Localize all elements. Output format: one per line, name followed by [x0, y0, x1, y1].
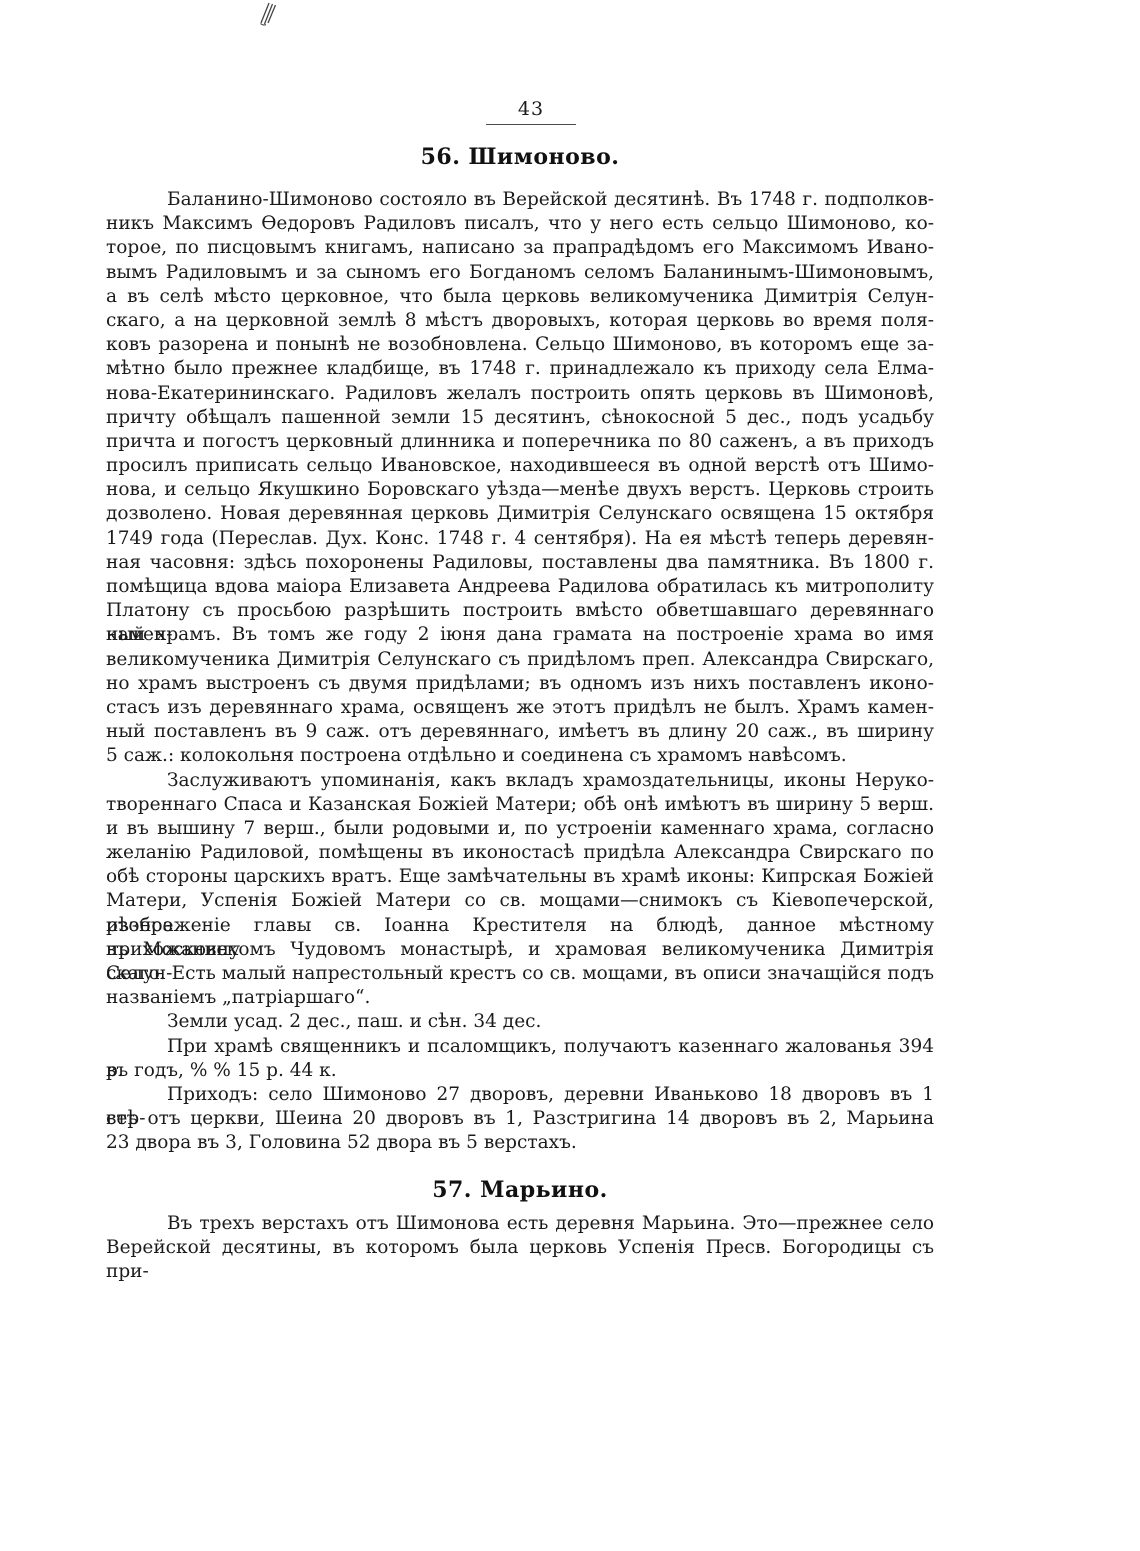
text-line: причта и погостъ церковный длинника и по…: [106, 430, 934, 454]
text-line: стасъ изъ деревяннаго храма, освященъ же…: [106, 696, 934, 720]
text-line: изображеніе главы св. Іоанна Крестителя …: [106, 914, 934, 938]
text-line: 23 двора въ 3, Головина 52 двора въ 5 ве…: [106, 1131, 934, 1155]
text-line: названіемъ „патріаршаго“.: [106, 986, 934, 1010]
text-line: скаго, а на церковной землѣ 8 мѣстъ двор…: [106, 309, 934, 333]
text-line: Заслуживаютъ упоминанія, какъ вкладъ хра…: [106, 769, 934, 793]
section-57-text: Въ трехъ верстахъ отъ Шимонова есть дере…: [106, 1212, 934, 1260]
text-line: желанію Радиловой, помѣщены въ иконостас…: [106, 841, 934, 865]
text-line: Матери, Успенія Божіей Матери со св. мощ…: [106, 889, 934, 913]
section-56-text: Баланино-Шимоново состояло въ Верейской …: [106, 188, 934, 1156]
section-heading-56: 56. Шимоново.: [106, 144, 934, 170]
text-line: скаго. Есть малый напрестольный крестъ с…: [106, 962, 934, 986]
text-line: въ годъ, % % 15 р. 44 к.: [106, 1059, 934, 1083]
text-line: Приходъ: село Шимоново 27 дворовъ, дерев…: [106, 1083, 934, 1107]
text-line: стѣ отъ церкви, Шеина 20 дворовъ въ 1, Р…: [106, 1107, 934, 1131]
text-line: нова, и сельцо Якушкино Боровскаго уѣзда…: [106, 478, 934, 502]
text-line: и въ вышину 7 верш., были родовыми и, по…: [106, 817, 934, 841]
text-line: обѣ стороны царскихъ вратъ. Еще замѣчате…: [106, 865, 934, 889]
text-line: ковъ разорена и понынѣ не возобновлена. …: [106, 333, 934, 357]
text-line: торое, по писцовымъ книгамъ, написано за…: [106, 236, 934, 260]
text-line: При храмѣ священникъ и псаломщикъ, получ…: [106, 1035, 934, 1059]
text-line: въ Московскомъ Чудовомъ монастырѣ, и хра…: [106, 938, 934, 962]
text-line: причту обѣщалъ пашенной земли 15 десятин…: [106, 406, 934, 430]
book-page: 43 56. Шимоново. Баланино-Шимоново состо…: [0, 0, 1140, 1551]
text-line: дозволено. Новая деревянная церковь Дими…: [106, 502, 934, 526]
text-line: великомученика Димитрія Селунскаго съ пр…: [106, 648, 934, 672]
text-line: ная часовня: здѣсь похоронены Радиловы, …: [106, 551, 934, 575]
text-line: просилъ приписать сельцо Ивановское, нах…: [106, 454, 934, 478]
text-line: 5 саж.: колокольня построена отдѣльно и …: [106, 744, 934, 768]
text-line: вымъ Радиловымъ и за сыномъ его Богданом…: [106, 261, 934, 285]
text-line: нова-Екатерининскаго. Радиловъ желалъ по…: [106, 382, 934, 406]
text-line: ный поставленъ въ 9 саж. отъ деревяннаго…: [106, 720, 934, 744]
page-header: 43: [0, 98, 1062, 125]
text-line: помѣщица вдова маіора Елизавета Андреева…: [106, 575, 934, 599]
text-line: Баланино-Шимоново состояло въ Верейской …: [106, 188, 934, 212]
text-line: Платону съ просьбою разрѣшить построить …: [106, 599, 934, 623]
page-number: 43: [486, 98, 576, 125]
section-heading-57: 57. Марьино.: [106, 1177, 934, 1203]
text-line: никъ Максимъ Ѳедоровъ Радиловъ писалъ, ч…: [106, 212, 934, 236]
text-line: а въ селѣ мѣсто церковное, что была церк…: [106, 285, 934, 309]
text-line: мѣтно было прежнее кладбище, въ 1748 г. …: [106, 357, 934, 381]
text-line: ный храмъ. Въ томъ же году 2 іюня дана г…: [106, 623, 934, 647]
text-line: твореннаго Спаса и Казанская Божіей Мате…: [106, 793, 934, 817]
ink-mark-icon: [254, 0, 282, 28]
text-line: 1749 года (Переслав. Дух. Конс. 1748 г. …: [106, 527, 934, 551]
text-line: Земли усад. 2 дес., паш. и сѣн. 34 дес.: [106, 1010, 934, 1034]
text-line: но храмъ выстроенъ съ двумя придѣлами; в…: [106, 672, 934, 696]
text-line: Въ трехъ верстахъ отъ Шимонова есть дере…: [106, 1212, 934, 1236]
text-line: Верейской десятины, въ которомъ была цер…: [106, 1236, 934, 1260]
